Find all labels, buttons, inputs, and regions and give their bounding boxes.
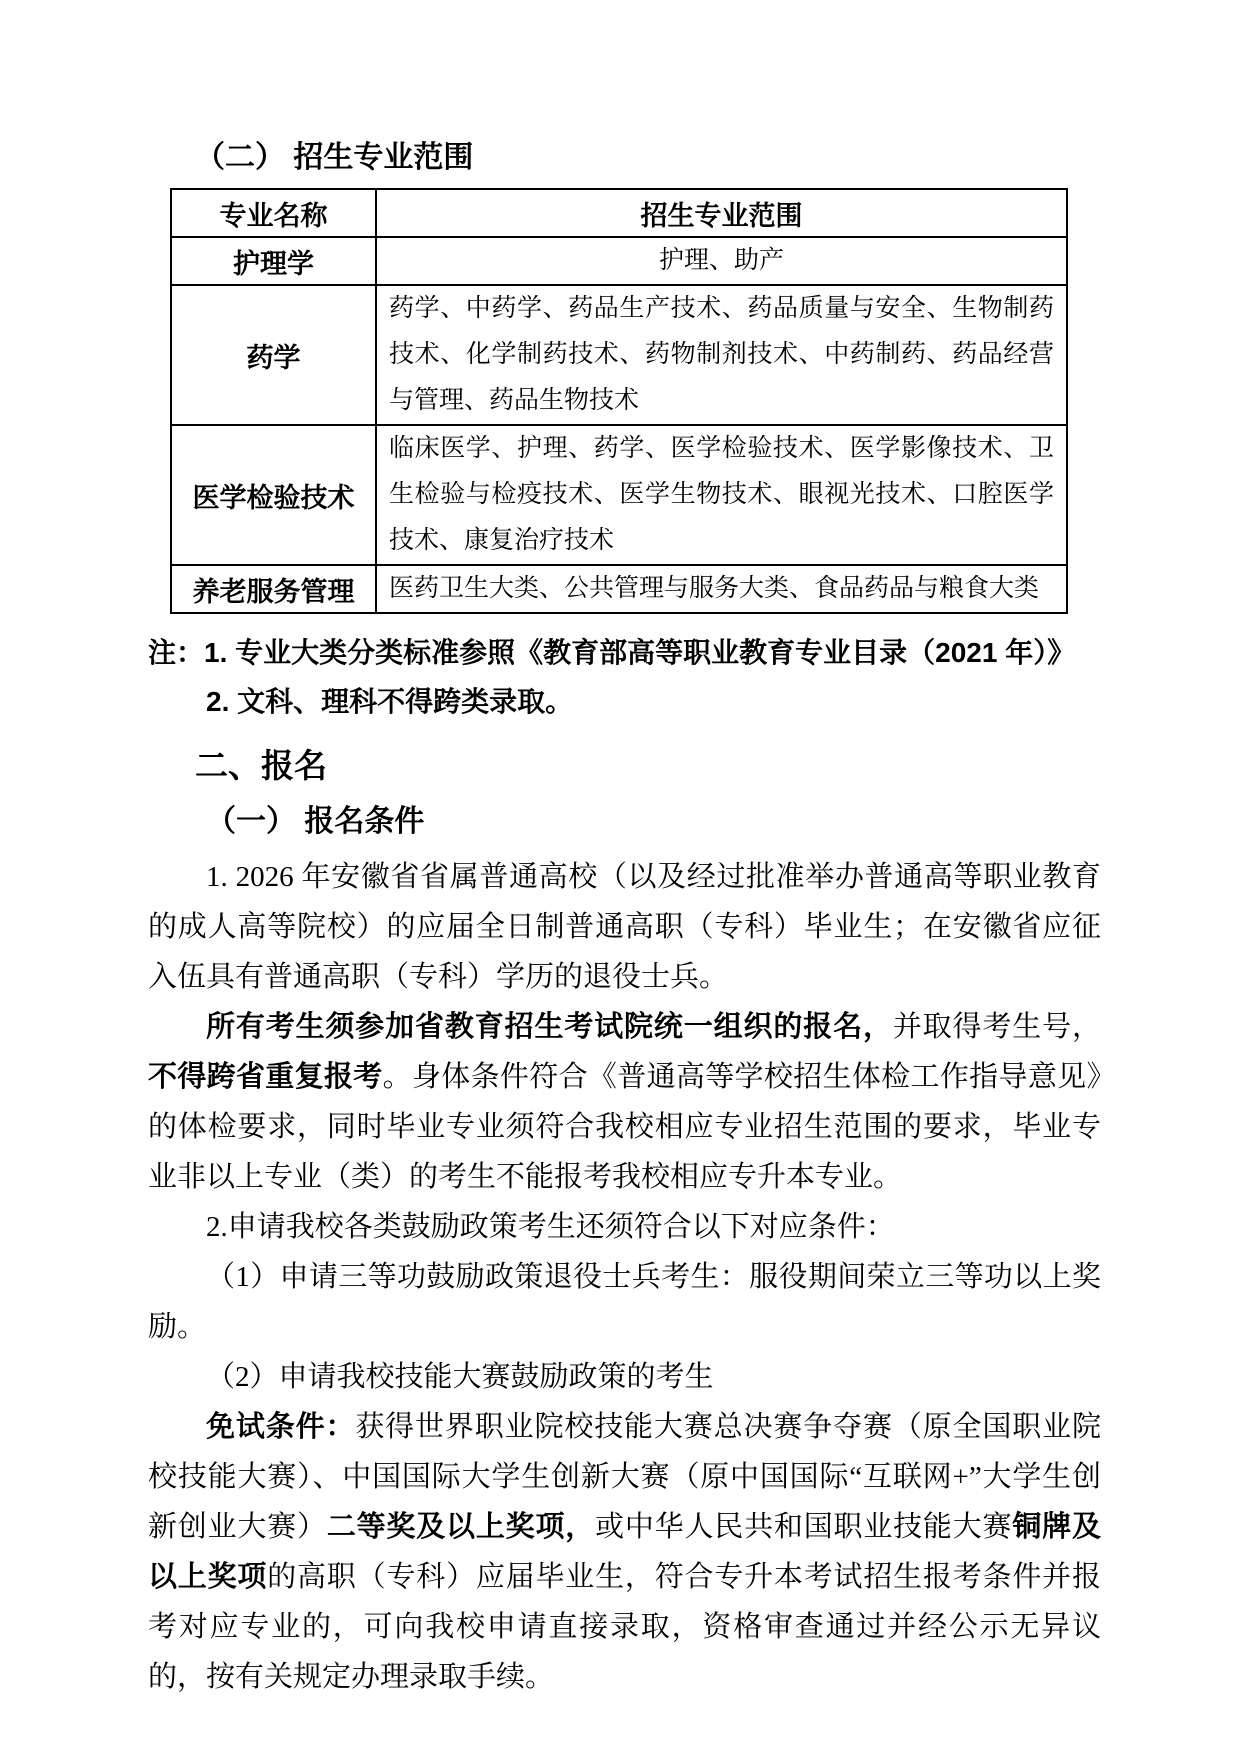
emphasized-text: 免试条件： bbox=[206, 1411, 355, 1443]
subsection-heading-registration-conditions: （一） 报名条件 bbox=[206, 798, 1101, 846]
note-2: 2. 文科、理科不得跨类录取。 bbox=[148, 677, 1101, 726]
paragraph-incentive-policies: 2.申请我校各类鼓励政策考生还须符合以下对应条件： bbox=[148, 1202, 1101, 1252]
major-name-cell: 药学 bbox=[171, 285, 376, 425]
paragraph-registration-requirement: 所有考生须参加省教育招生考试院统一组织的报名，并取得考生号，不得跨省重复报考。身… bbox=[148, 1002, 1101, 1202]
scope-cell: 药学、中药学、药品生产技术、药品质量与安全、生物制药技术、化学制药技术、药物制剂… bbox=[376, 285, 1067, 425]
document-page: （二） 招生专业范围 专业名称 招生专业范围 护理学 护理、助产 药学 药学、中… bbox=[0, 0, 1241, 1754]
table-row: 护理学 护理、助产 bbox=[171, 237, 1067, 285]
table-notes: 注：1. 专业大类分类标准参照《教育部高等职业教育专业目录（2021 年）》 2… bbox=[148, 628, 1101, 726]
scope-cell: 医药卫生大类、公共管理与服务大类、食品药品与粮食大类 bbox=[376, 565, 1067, 613]
body-text: （2）申请我校技能大赛鼓励政策的考生 bbox=[206, 1361, 714, 1393]
paragraph-skill-competition: （2）申请我校技能大赛鼓励政策的考生 bbox=[148, 1352, 1101, 1402]
major-name-cell: 护理学 bbox=[171, 237, 376, 285]
scope-cell: 护理、助产 bbox=[376, 237, 1067, 285]
major-name-cell: 医学检验技术 bbox=[171, 425, 376, 565]
body-text: 并取得考生号， bbox=[893, 1011, 1101, 1043]
body-text: 或中华人民共和国职业技能大赛 bbox=[595, 1511, 1012, 1543]
admission-scope-table: 专业名称 招生专业范围 护理学 护理、助产 药学 药学、中药学、药品生产技术、药… bbox=[170, 188, 1068, 614]
header-major-name: 专业名称 bbox=[171, 189, 376, 237]
emphasized-text: 不得跨省重复报考 bbox=[148, 1061, 383, 1093]
table-row: 养老服务管理 医药卫生大类、公共管理与服务大类、食品药品与粮食大类 bbox=[171, 565, 1067, 613]
body-text: 1. 2026 年安徽省省属普通高校（以及经过批准举办普通高等职业教育的成人高等… bbox=[148, 861, 1101, 993]
table-row: 药学 药学、中药学、药品生产技术、药品质量与安全、生物制药技术、化学制药技术、药… bbox=[171, 285, 1067, 425]
paragraph-third-class-merit: （1）申请三等功鼓励政策退役士兵考生：服役期间荣立三等功以上奖励。 bbox=[148, 1252, 1101, 1352]
body-text: （1）申请三等功鼓励政策退役士兵考生：服役期间荣立三等功以上奖励。 bbox=[148, 1261, 1101, 1343]
body-text: 的高职（专科）应届毕业生，符合专升本考试招生报考条件并报考对应专业的，可向我校申… bbox=[148, 1561, 1101, 1693]
note-1: 注：1. 专业大类分类标准参照《教育部高等职业教育专业目录（2021 年）》 bbox=[148, 628, 1101, 677]
paragraph-exemption-conditions: 免试条件：获得世界职业院校技能大赛总决赛争夺赛（原全国职业院校技能大赛）、中国国… bbox=[148, 1402, 1101, 1702]
major-name-cell: 养老服务管理 bbox=[171, 565, 376, 613]
scope-cell: 临床医学、护理、药学、医学检验技术、医学影像技术、卫生检验与检疫技术、医学生物技… bbox=[376, 425, 1067, 565]
header-scope: 招生专业范围 bbox=[376, 189, 1067, 237]
table-row: 医学检验技术 临床医学、护理、药学、医学检验技术、医学影像技术、卫生检验与检疫技… bbox=[171, 425, 1067, 565]
emphasized-text: 所有考生须参加省教育招生考试院统一组织的报名， bbox=[206, 1011, 893, 1043]
section-heading-admission-scope: （二） 招生专业范围 bbox=[195, 138, 1101, 178]
section-heading-registration: 二、报名 bbox=[195, 742, 1101, 790]
paragraph-eligibility: 1. 2026 年安徽省省属普通高校（以及经过批准举办普通高等职业教育的成人高等… bbox=[148, 852, 1101, 1002]
table-header-row: 专业名称 招生专业范围 bbox=[171, 189, 1067, 237]
body-text: 2.申请我校各类鼓励政策考生还须符合以下对应条件： bbox=[206, 1211, 895, 1243]
emphasized-text: 二等奖及以上奖项， bbox=[327, 1511, 595, 1543]
